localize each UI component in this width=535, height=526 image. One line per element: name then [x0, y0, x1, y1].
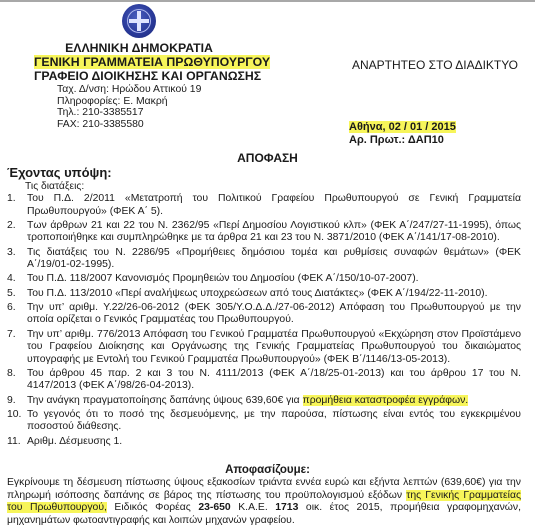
approval-paragraph: Εγκρίνουμε τη δέσμευση πίστωσης ύψους εξ… — [7, 477, 521, 526]
special-body-code: 23-650 — [198, 502, 230, 513]
item-number: 9. — [7, 395, 27, 408]
fax: FAX: 210-3385580 — [57, 119, 201, 131]
item-text-body: Την υπ’ αριθμ. Υ.22/26-06-2012 (ΦΕΚ 305/… — [27, 302, 521, 326]
address: Ταχ. Δ/νση: Ηρώδου Αττικού 19 — [57, 84, 201, 96]
item-text-body: Του Π.Δ. 118/2007 Κανονισμός Προμηθειών … — [27, 273, 419, 284]
issuer-header: ΕΛΛΗΝΙΚΗ ΔΗΜΟΚΡΑΤΙΑ ΓΕΝΙΚΗ ΓΡΑΜΜΑΤΕΙΑ ΠΡ… — [34, 41, 244, 83]
date-highlight: Αθήνα, 02 / 01 / 2015 — [349, 121, 456, 133]
list-item: 7.Την υπ’ αριθμ. 776/2013 Απόφαση του Γε… — [7, 329, 521, 367]
list-item: 1.Του Π.Δ. 2/2011 «Μετατροπή του Πολιτικ… — [7, 193, 521, 218]
list-item: 5.Του Π.Δ. 113/2010 «Περί αναλήψεως υποχ… — [7, 288, 521, 301]
item-number: 1. — [7, 193, 27, 218]
item-text: Του Π.Δ. 118/2007 Κανονισμός Προμηθειών … — [27, 273, 521, 286]
ministry-name: ΓΕΝΙΚΗ ΓΡΑΜΜΑΤΕΙΑ ΠΡΩΘΥΠΟΥΡΓΟΥ — [34, 55, 244, 69]
list-item: 4.Του Π.Δ. 118/2007 Κανονισμός Προμηθειώ… — [7, 273, 521, 286]
item-text-body: Το γεγονός ότι το ποσό της δεσμευόμενης,… — [27, 409, 521, 433]
top-border — [0, 0, 535, 2]
date-protocol-block: Αθήνα, 02 / 01 / 2015 Αρ. Πρωτ.: ΔΑΠ10 — [349, 121, 456, 147]
item-number: 6. — [7, 302, 27, 327]
item-text-body: Του Π.Δ. 113/2010 «Περί αναλήψεως υποχρε… — [27, 288, 487, 299]
item-text-body: Των άρθρων 21 και 22 του Ν. 2362/95 «Περ… — [27, 220, 521, 244]
item-text: Την υπ’ αριθμ. Υ.22/26-06-2012 (ΦΕΚ 305/… — [27, 302, 521, 327]
item-text-body: Του άρθρου 45 παρ. 2 και 3 του Ν. 4111/2… — [27, 368, 521, 392]
item-text-body: Τις διατάξεις του Ν. 2286/95 «Προμήθειες… — [27, 247, 521, 271]
list-item: 8.Του άρθρου 45 παρ. 2 και 3 του Ν. 4111… — [7, 368, 521, 393]
item-text-body: Την υπ’ αριθμ. 776/2013 Απόφαση του Γενι… — [27, 329, 521, 365]
item-number: 5. — [7, 288, 27, 301]
contact-info: Ταχ. Δ/νση: Ηρώδου Αττικού 19 Πληροφορίε… — [57, 84, 201, 130]
item-text: Του Π.Δ. 2/2011 «Μετατροπή του Πολιτικού… — [27, 193, 521, 218]
item-text: Του άρθρου 45 παρ. 2 και 3 του Ν. 4111/2… — [27, 368, 521, 393]
item-text: Των άρθρων 21 και 22 του Ν. 2362/95 «Περ… — [27, 220, 521, 245]
having-regard-heading: Έχοντας υπόψη: — [7, 165, 112, 180]
list-item: 6.Την υπ’ αριθμ. Υ.22/26-06-2012 (ΦΕΚ 30… — [7, 302, 521, 327]
approval-text-3: Κ.Α.Ε. — [231, 502, 276, 513]
document-title: ΑΠΟΦΑΣΗ — [0, 151, 535, 165]
decision-heading: Αποφασίζουμε: — [0, 464, 535, 476]
posting-notice: ΑΝΑΡΤΗΤΕΟ ΣΤΟ ΔΙΑΔΙΚΤΥΟ — [352, 58, 518, 72]
item-text: Το γεγονός ότι το ποσό της δεσμευόμενης,… — [27, 409, 521, 434]
item-text: Του Π.Δ. 113/2010 «Περί αναλήψεως υποχρε… — [27, 288, 521, 301]
kae-code: 1713 — [275, 502, 298, 513]
item-text-body: Την ανάγκη πραγματοποίησης δαπάνης ύψους… — [27, 395, 303, 406]
info-contact: Πληροφορίες: Ε. Μακρή — [57, 96, 201, 108]
item-number: 4. — [7, 273, 27, 286]
greek-state-emblem-icon — [122, 4, 156, 38]
provisions-label: Τις διατάξεις: — [25, 181, 84, 192]
list-item: 10.Το γεγονός ότι το ποσό της δεσμευόμεν… — [7, 409, 521, 434]
list-item: 11.Αριθμ. Δέσμευσης 1. — [7, 436, 521, 449]
protocol-number: Αρ. Πρωτ.: ΔΑΠ10 — [349, 134, 456, 147]
item-text-body: Του Π.Δ. 2/2011 «Μετατροπή του Πολιτικού… — [27, 193, 521, 217]
emblem-cross-horizontal — [129, 19, 149, 23]
document-date: Αθήνα, 02 / 01 / 2015 — [349, 121, 456, 134]
item-highlight: προμήθεια καταστροφέα εγγράφων. — [303, 395, 469, 406]
item-text: Αριθμ. Δέσμευσης 1. — [27, 436, 521, 449]
item-text: Την ανάγκη πραγματοποίησης δαπάνης ύψους… — [27, 395, 521, 408]
item-number: 8. — [7, 368, 27, 393]
item-text: Την υπ’ αριθμ. 776/2013 Απόφαση του Γενι… — [27, 329, 521, 367]
item-number: 3. — [7, 247, 27, 272]
item-number: 10. — [7, 409, 27, 434]
approval-text-2: Ειδικός Φορέας — [107, 502, 198, 513]
list-item: 2.Των άρθρων 21 και 22 του Ν. 2362/95 «Π… — [7, 220, 521, 245]
office-name: ΓΡΑΦΕΙΟ ΔΙΟΙΚΗΣΗΣ ΚΑΙ ΟΡΓΑΝΩΣΗΣ — [34, 69, 244, 83]
phone: Τηλ.: 210-3385517 — [57, 107, 201, 119]
item-number: 2. — [7, 220, 27, 245]
ministry-name-highlight: ΓΕΝΙΚΗ ΓΡΑΜΜΑΤΕΙΑ ΠΡΩΘΥΠΟΥΡΓΟΥ — [34, 55, 270, 69]
item-number: 7. — [7, 329, 27, 367]
list-item: 9.Την ανάγκη πραγματοποίησης δαπάνης ύψο… — [7, 395, 521, 408]
provisions-list: 1.Του Π.Δ. 2/2011 «Μετατροπή του Πολιτικ… — [7, 193, 521, 450]
list-item: 3.Τις διατάξεις του Ν. 2286/95 «Προμήθει… — [7, 247, 521, 272]
item-text-body: Αριθμ. Δέσμευσης 1. — [27, 436, 122, 447]
item-text: Τις διατάξεις του Ν. 2286/95 «Προμήθειες… — [27, 247, 521, 272]
item-number: 11. — [7, 436, 27, 449]
country-name: ΕΛΛΗΝΙΚΗ ΔΗΜΟΚΡΑΤΙΑ — [34, 41, 244, 55]
